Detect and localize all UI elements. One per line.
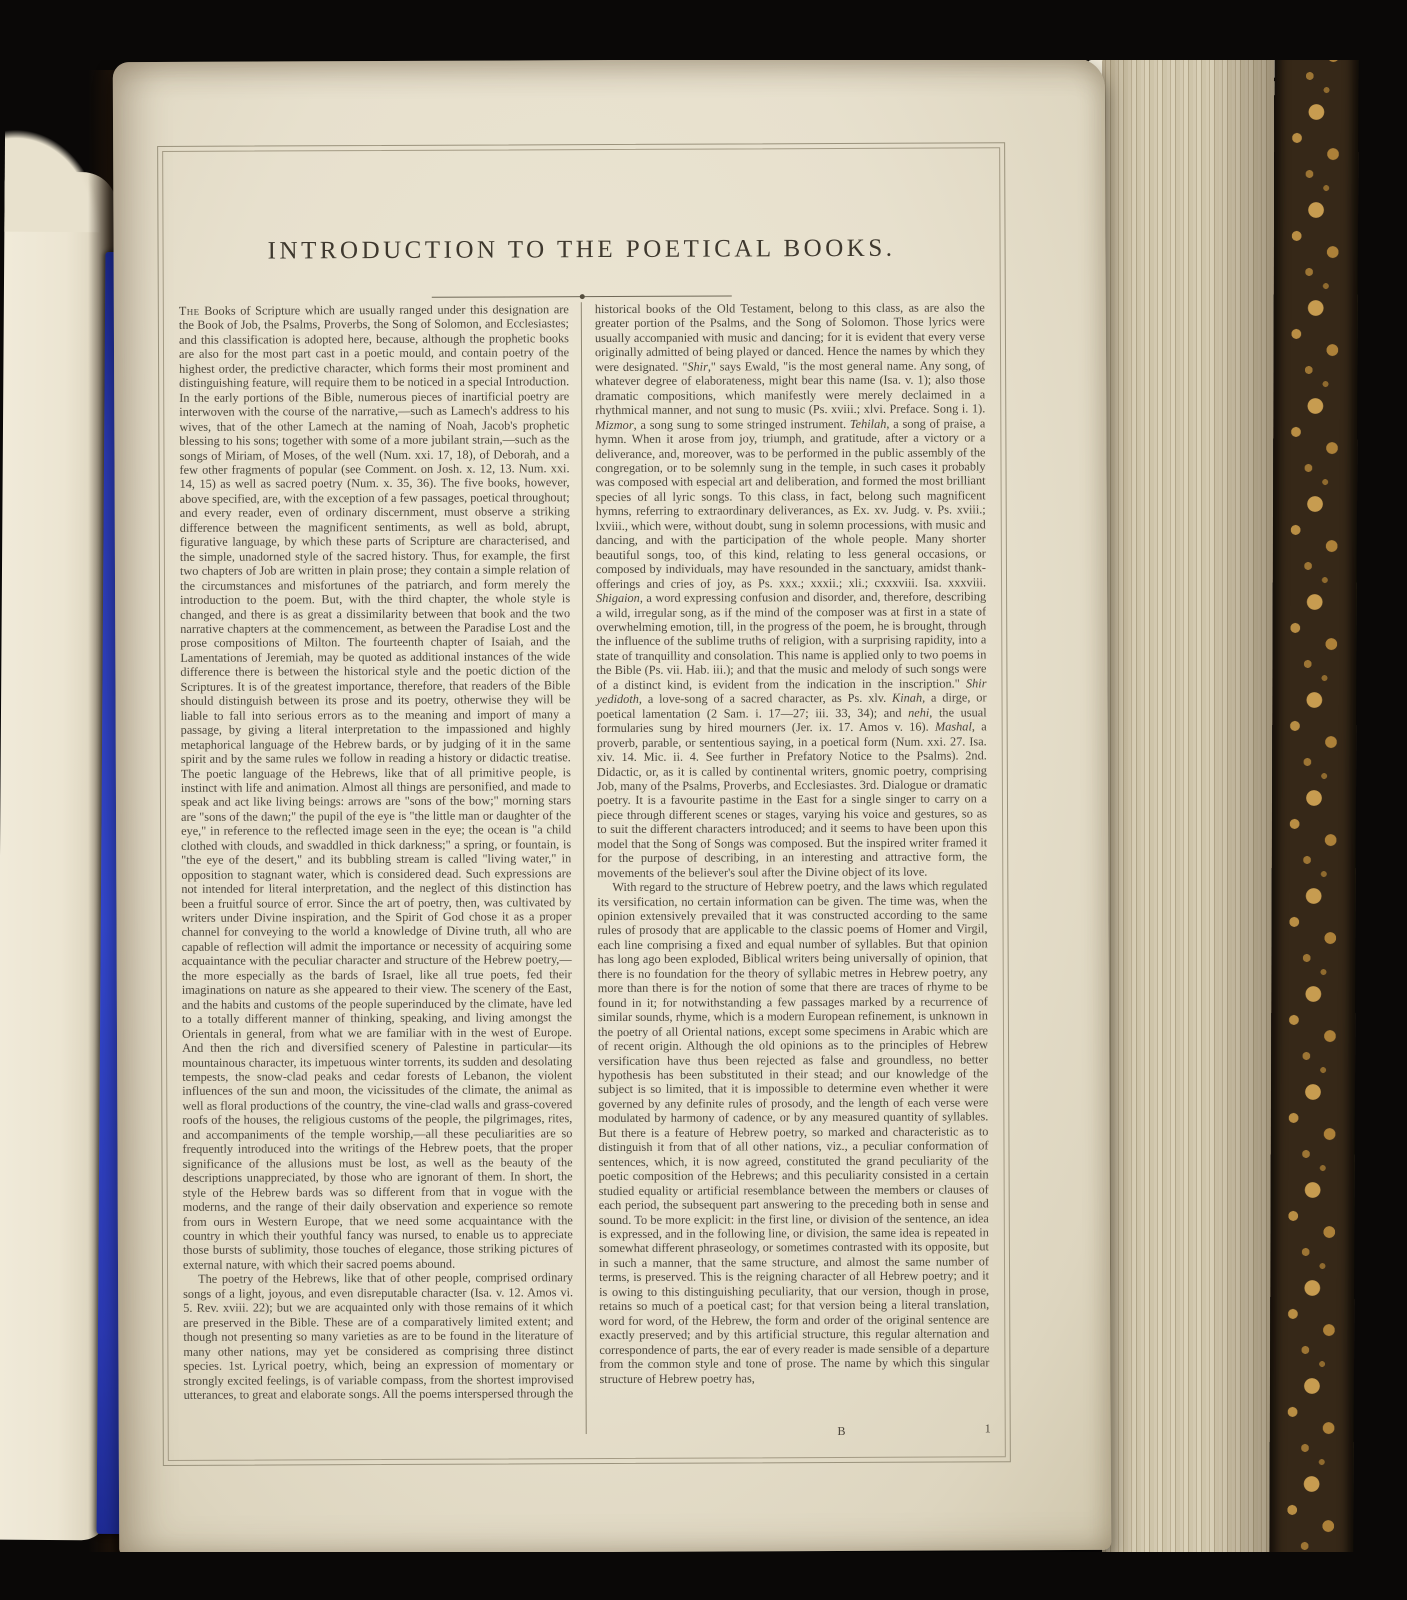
background-top bbox=[0, 0, 1407, 60]
page-title: INTRODUCTION TO THE POETICAL BOOKS. bbox=[164, 234, 1000, 266]
page-number: 1 bbox=[985, 1421, 991, 1436]
fore-edge-page-stack bbox=[1102, 58, 1274, 1560]
text-column-left: The Books of Scripture which are usually… bbox=[179, 302, 586, 1436]
book-photograph: { "page": { "title": "INTRODUCTION TO TH… bbox=[0, 0, 1407, 1600]
signature-mark: B bbox=[837, 1424, 845, 1439]
text-columns: The Books of Scripture which are usually… bbox=[179, 300, 990, 1436]
book-page: INTRODUCTION TO THE POETICAL BOOKS. The … bbox=[113, 58, 1112, 1554]
page-border-frame: INTRODUCTION TO THE POETICAL BOOKS. The … bbox=[157, 142, 1011, 1466]
title-divider bbox=[432, 295, 732, 297]
text-column-right: historical books of the Old Testament, b… bbox=[581, 300, 990, 1434]
gilt-binding-edge bbox=[1269, 0, 1359, 1600]
page-border-frame-inner: INTRODUCTION TO THE POETICAL BOOKS. The … bbox=[162, 147, 1006, 1461]
background-bottom bbox=[0, 1552, 1407, 1600]
